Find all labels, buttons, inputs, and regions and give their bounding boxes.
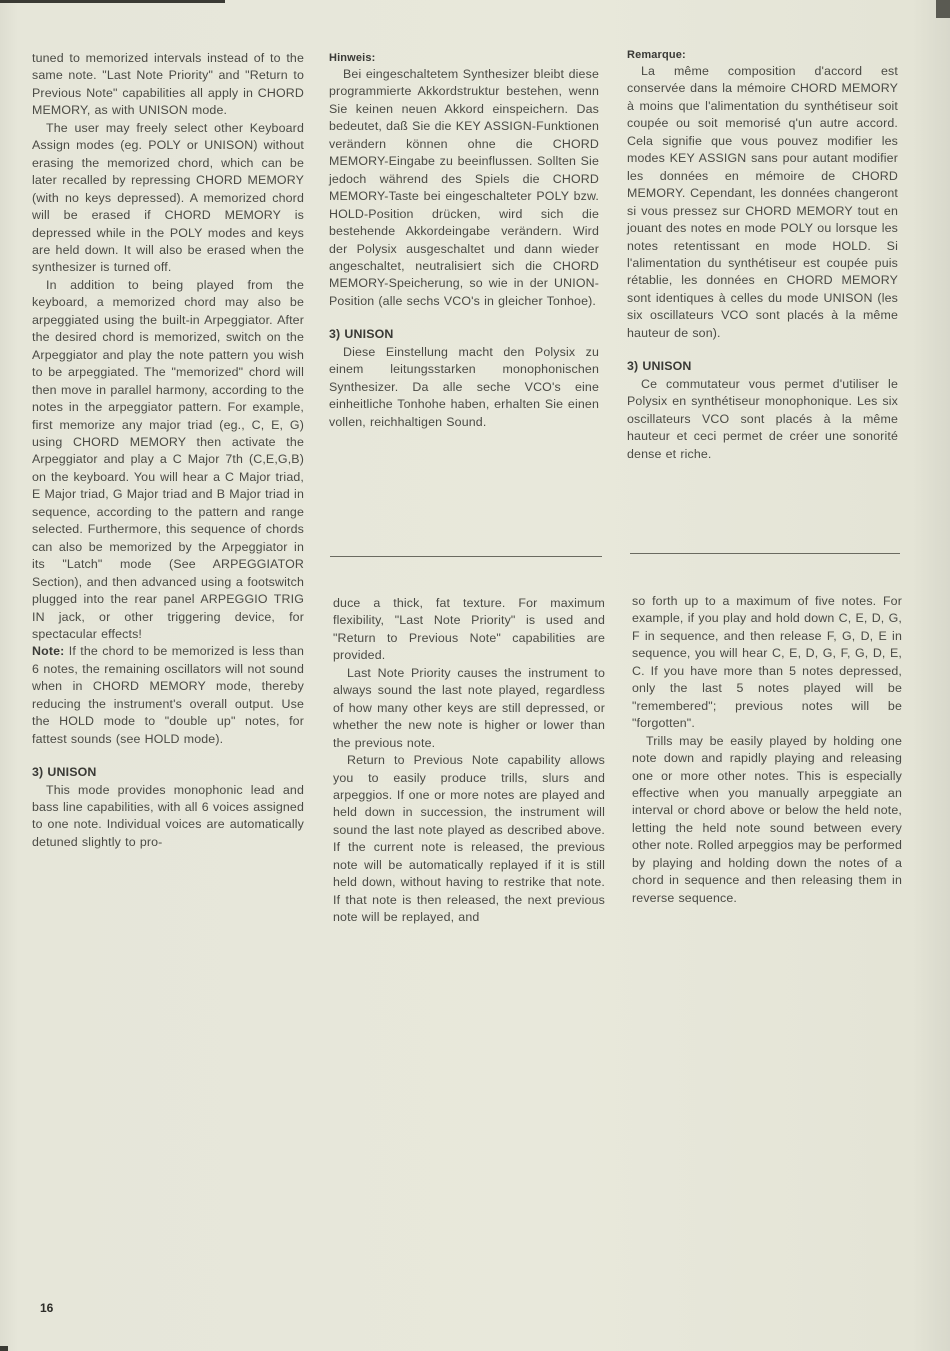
paragraph: so forth up to a maximum of five notes. … — [632, 593, 902, 733]
paragraph: Diese Einstellung macht den Polysix zu e… — [329, 344, 599, 431]
scan-top-edge — [0, 0, 225, 3]
paragraph: duce a thick, fat texture. For maximum f… — [333, 595, 605, 665]
paragraph: Last Note Priority causes the instrument… — [333, 665, 605, 752]
scan-corner-mark — [0, 1346, 8, 1351]
paragraph: This mode provides monophonic lead and b… — [32, 782, 304, 852]
section-heading-unison: 3) UNISON — [627, 358, 898, 375]
english-column-right: so forth up to a maximum of five notes. … — [632, 593, 902, 907]
page-number: 16 — [40, 1301, 53, 1315]
divider-rule-right — [630, 553, 900, 554]
paragraph: Return to Previous Note capability allow… — [333, 752, 605, 927]
paragraph: tuned to memorized intervals instead of … — [32, 50, 304, 120]
german-column: Hinweis: Bei eingeschaltetem Synthesizer… — [329, 50, 599, 431]
spacer — [329, 310, 599, 326]
section-heading-unison: 3) UNISON — [32, 764, 304, 781]
paragraph: La même composition d'accord est conserv… — [627, 63, 898, 342]
spacer — [32, 748, 304, 764]
french-column: Remarque: La même composition d'accord e… — [627, 47, 898, 463]
spacer — [627, 342, 898, 358]
note-text: If the chord to be memorized is less tha… — [32, 644, 304, 745]
paragraph: In addition to being played from the key… — [32, 277, 304, 644]
paragraph: Trills may be easily played by holding o… — [632, 733, 902, 908]
paragraph: Ce commutateur vous permet d'utiliser le… — [627, 376, 898, 463]
note-heading-remarque: Remarque: — [627, 47, 898, 63]
section-heading-unison: 3) UNISON — [329, 326, 599, 343]
english-column-left: tuned to memorized intervals instead of … — [32, 50, 304, 851]
divider-rule-middle — [330, 556, 602, 557]
note-label: Note: — [32, 644, 64, 658]
paragraph: The user may freely select other Keyboar… — [32, 120, 304, 277]
paragraph: Bei eingeschaltetem Synthesizer bleibt d… — [329, 66, 599, 310]
note-paragraph: Note: If the chord to be memorized is le… — [32, 643, 304, 748]
english-column-middle: duce a thick, fat texture. For maximum f… — [333, 595, 605, 927]
scan-top-right-edge — [936, 0, 950, 18]
note-heading-hinweis: Hinweis: — [329, 50, 599, 66]
